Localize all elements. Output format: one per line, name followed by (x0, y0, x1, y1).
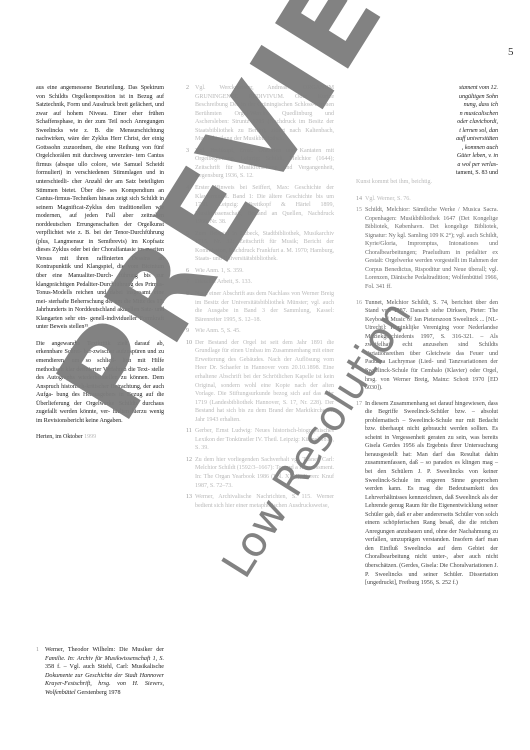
footnote-number: 8 (186, 290, 195, 324)
text-line: Werner, Theodor Wilhelm: Die Musiker der (45, 647, 164, 653)
text-line: t lernen sol, dan (459, 128, 498, 134)
text-line: auff universitäten (456, 136, 498, 142)
footnote: 7Dieselbe Arbeit, S. 133. (186, 278, 334, 287)
left-footnote-1: 1 Werner, Theodor Wilhelm: Die Musiker d… (36, 646, 164, 700)
footnote-text: Nach einer Abschrift aus dem Nachlass vo… (195, 290, 334, 324)
footnote-text: Gerber, Ernst Ludwig: Neues historisch-b… (195, 427, 334, 453)
footnote-number: 4 (186, 184, 195, 227)
footnote-number: 9 (186, 327, 195, 336)
footnote-text: Vgl. Werner, S. 76. (365, 195, 498, 204)
signoff-place: Herten, im Oktober (36, 434, 84, 440)
footnote: 9Wie Anm. 5, S. 45. (186, 327, 334, 336)
right-column: stament vom 12. ungültigen Sohn nung, da… (356, 84, 498, 591)
footnote: 4Erster Hinweis bei Seiffert, Max: Gesch… (186, 184, 334, 227)
paragraph-spacer (36, 332, 164, 340)
footnote-text: Wie Anm. 1, S. 359. (195, 267, 334, 276)
footnote: 10Der Bestand der Orgel ist seit dem Jah… (186, 339, 334, 424)
footnote-number: 2 (186, 84, 195, 144)
text-line: Gerstenberg 1978 (77, 690, 120, 696)
footnote-text: Der Bestand der Orgel ist seit dem Jahr … (195, 339, 334, 424)
footnote-text: Werner, Archivalische Nachrichten, S. 11… (195, 493, 334, 510)
footnote-number: 1 (36, 646, 45, 697)
text-line: Güter leben, v. in (457, 153, 498, 159)
footnote-number: 6 (186, 267, 195, 276)
footnote-number: 15 (356, 206, 365, 291)
signoff-year: 1999 (84, 434, 96, 440)
footnote: 6Wie Anm. 1, S. 359. (186, 267, 334, 276)
body-paragraph-1: aus eine angemessene Beurteilung. Das Sp… (36, 84, 164, 332)
footnote-text: Schildt, Melchior: Sämtliche Werke / Mus… (365, 206, 498, 291)
footnote: 13Werner, Archivalische Nachrichten, S. … (186, 493, 334, 510)
text-line: oder clavichordi, (457, 119, 498, 125)
footnote: 8Nach einer Abschrift aus dem Nachlass v… (186, 290, 334, 324)
footnote-number: 10 (186, 339, 195, 424)
text-line: , kommen auch (462, 145, 498, 151)
footnote-number: 16 (356, 299, 365, 393)
middle-column-footnotes: 2Vgl. Werckmeister, Andreas: ORGANUM GRU… (186, 84, 334, 516)
footnote-text: Zu dem hier vorliegenden Sachverhalt vgl… (195, 456, 334, 490)
signoff: Herten, im Oktober 1999 (36, 433, 164, 442)
text-line: tament, S. 83 und (456, 170, 498, 176)
text-line: Kunst kommt bei ihm, beichtig. (356, 178, 498, 187)
footnote: 15Schildt, Melchior: Sämtliche Werke / M… (356, 206, 498, 291)
left-column-body-text: aus eine angemessene Beurteilung. Das Sp… (36, 84, 164, 442)
footnote: 16Tunnet, Melchior Schildt, S. 74, beric… (356, 299, 498, 393)
text-line: a wol per verlas- (457, 162, 498, 168)
footnote-number: 12 (186, 456, 195, 490)
footnote-number: 13 (186, 493, 195, 510)
footnote-number: 5 (186, 230, 195, 264)
footnote-text: Erster Hinweis bei Seiffert, Max: Geschi… (195, 184, 334, 227)
text-line: n musicalischen (460, 111, 498, 117)
text-line: 358 f. – Vgl. auch Stiehl, Carl: Musikal… (45, 664, 164, 670)
footnote-number: 14 (356, 195, 365, 204)
footnote-number: 17 (356, 400, 365, 588)
text-line: nung, dass ich (464, 102, 498, 108)
footnote: 3Vgl. Breitkopf, Ernst: Oratorien und Ka… (186, 147, 334, 181)
footnote-text: Tunnet, Melchior Schildt, S. 74, bericht… (365, 299, 498, 393)
footnote-text: Vgl. Werckmeister, Andreas: ORGANUM GRUN… (195, 84, 334, 144)
footnote: 5Zum Beispiel in Lübeck, Stadtbibliothek… (186, 230, 334, 264)
footnote-text: Dieselbe Arbeit, S. 133. (195, 278, 334, 287)
footnote-text: In diesem Zusammenhang sei darauf hingew… (365, 400, 498, 588)
footnote: 12Zu dem hier vorliegenden Sachverhalt v… (186, 456, 334, 490)
text-line: stament vom 12. (459, 85, 498, 91)
text-line: ungültigen Sohn (459, 94, 498, 100)
page-number: 5 (508, 46, 514, 58)
continuation-text: stament vom 12. ungültigen Sohn nung, da… (356, 84, 498, 187)
footnote-number: 7 (186, 278, 195, 287)
footnote-text: Wie Anm. 5, S. 45. (195, 327, 334, 336)
footnote-number: 3 (186, 147, 195, 181)
footnote: 17In diesem Zusammenhang sei darauf hing… (356, 400, 498, 588)
footnote-number: 11 (186, 427, 195, 453)
text-line: Dokumente zur Geschichte der Stadt Hanno… (45, 673, 164, 679)
footnote: 14Vgl. Werner, S. 76. (356, 195, 498, 204)
footnote: 11Gerber, Ernst Ludwig: Neues historisch… (186, 427, 334, 453)
paragraph-spacer (36, 425, 164, 433)
footnote: 2Vgl. Werckmeister, Andreas: ORGANUM GRU… (186, 84, 334, 144)
footnote-text: Zum Beispiel in Lübeck, Stadtbibliothek,… (195, 230, 334, 264)
footnote-text: Vgl. Breitkopf, Ernst: Oratorien und Kan… (195, 147, 334, 181)
text-line: Familie. In: Archiv für Musikwissenschaf… (45, 656, 164, 662)
body-paragraph-2: Die angewandte Textkritik zielt darauf a… (36, 340, 164, 425)
